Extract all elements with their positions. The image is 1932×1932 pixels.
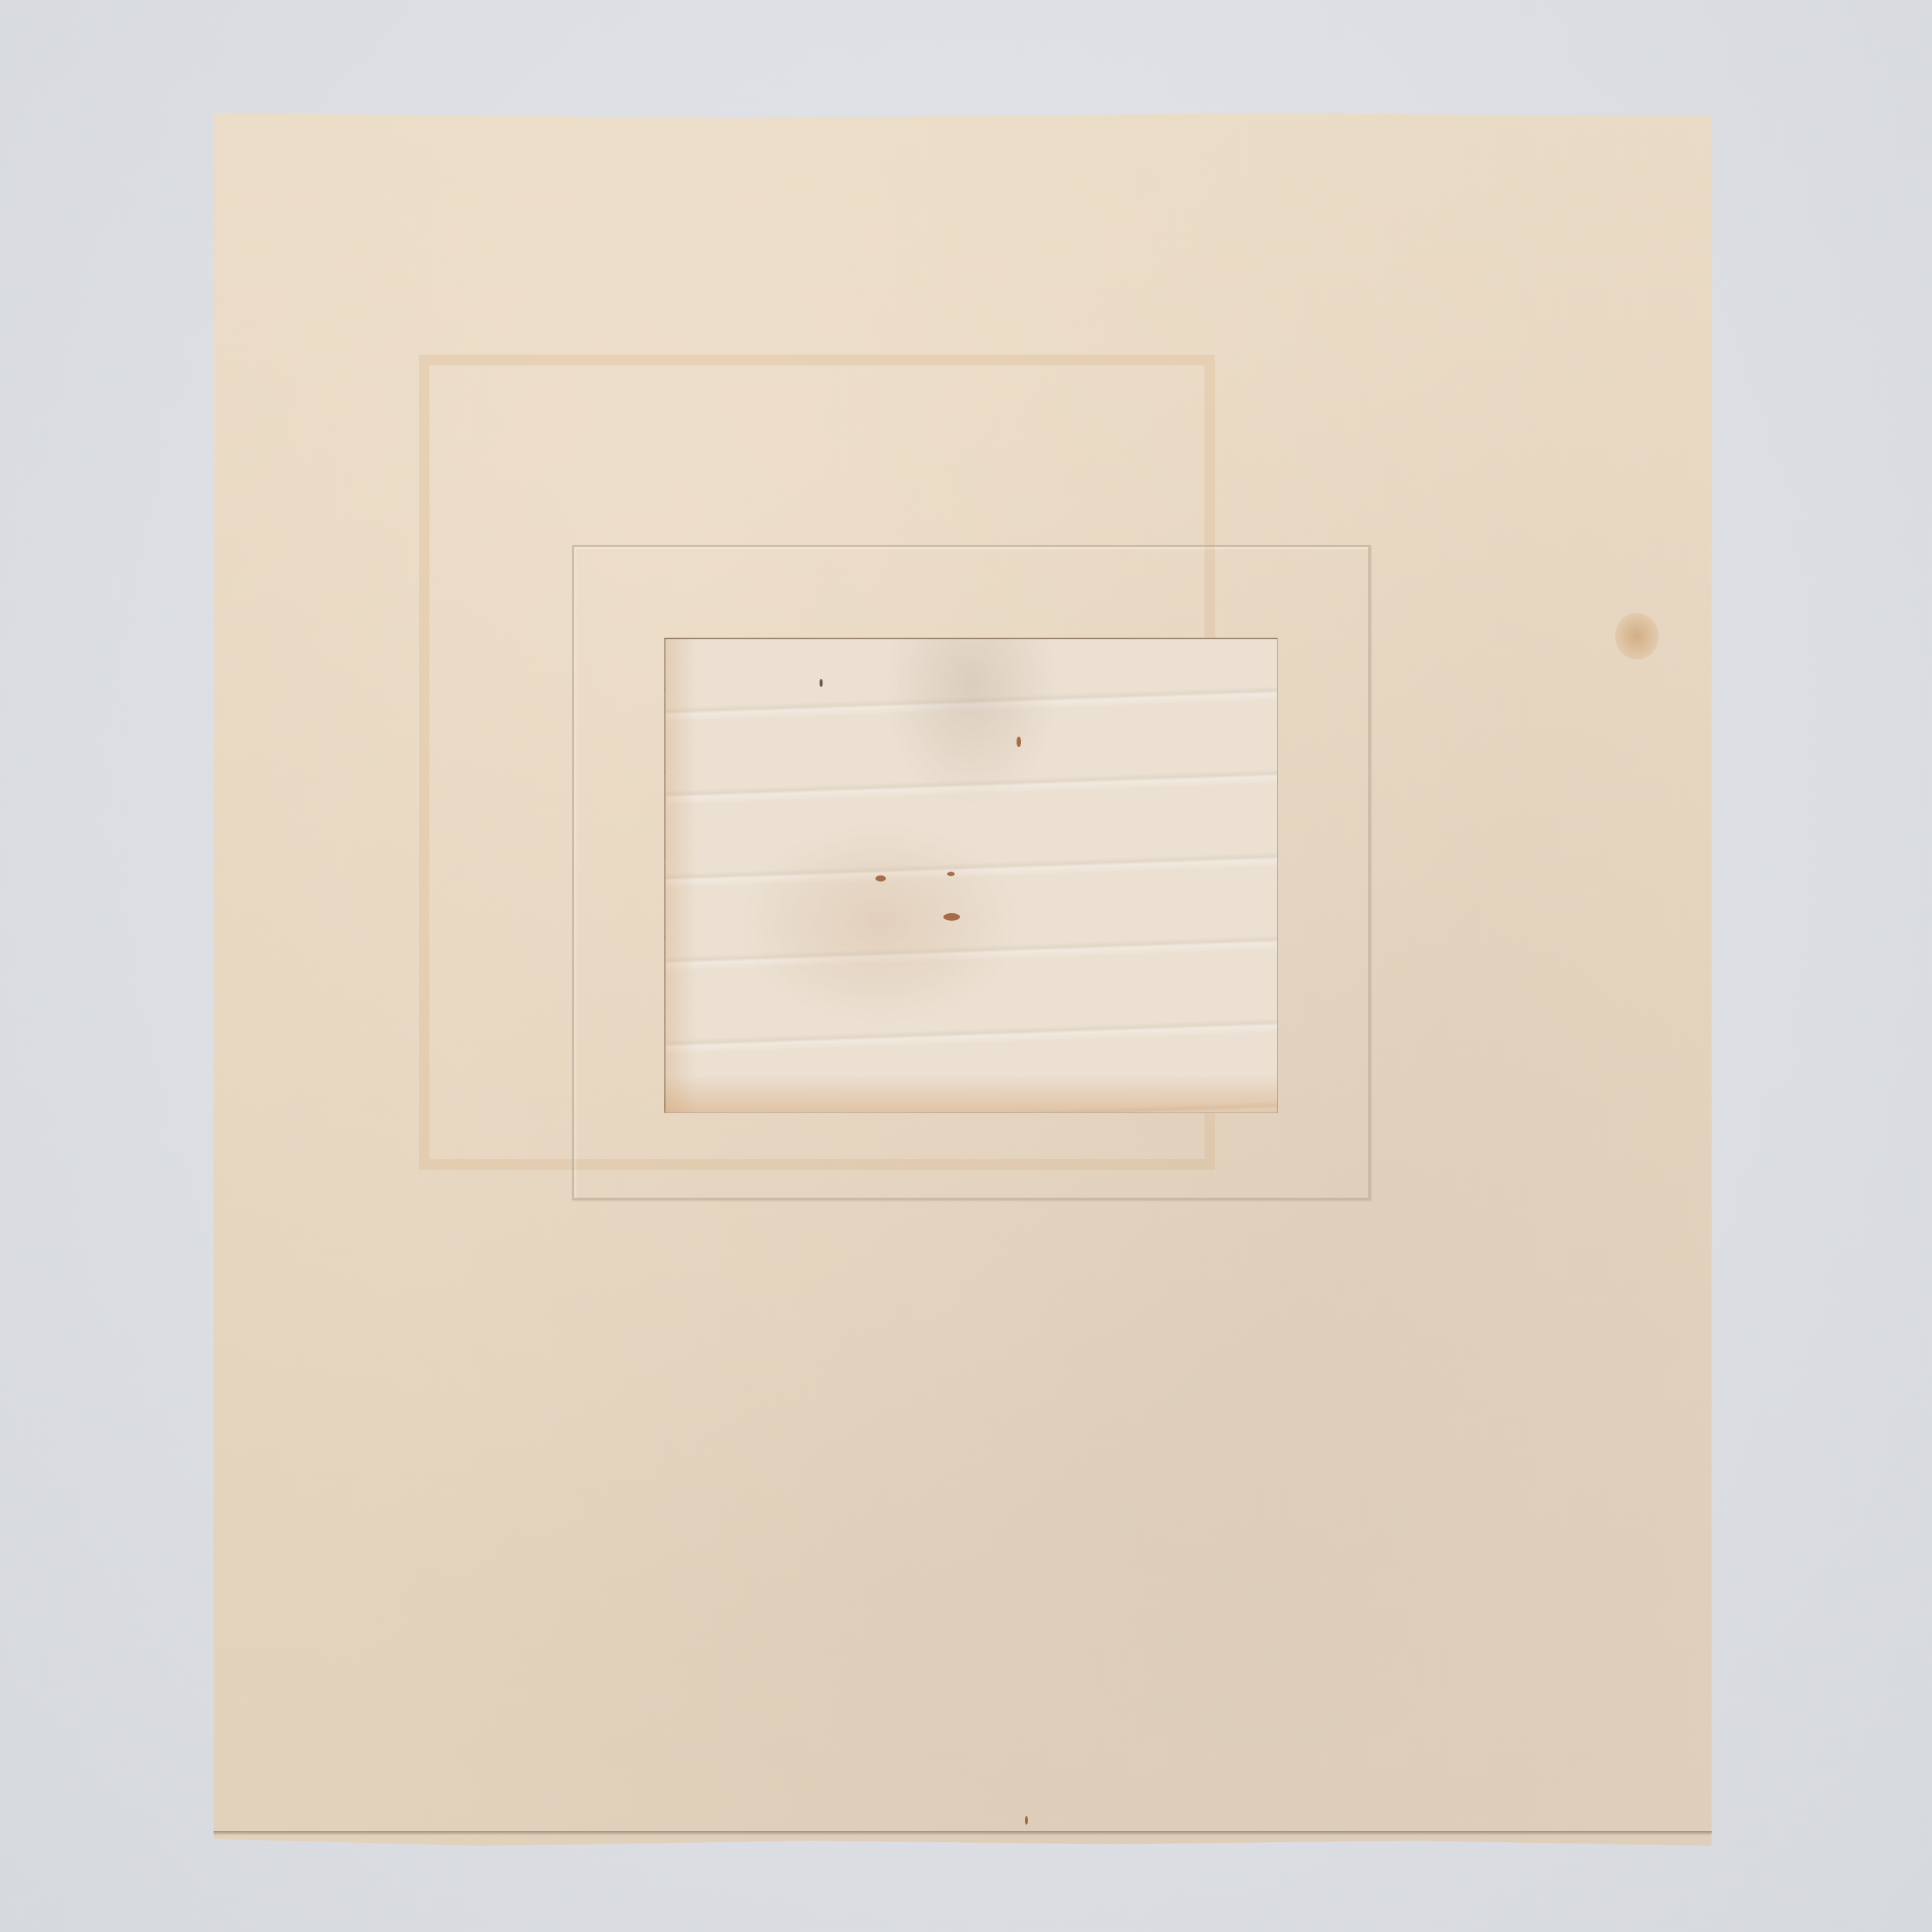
foxing-speck	[1025, 1816, 1028, 1825]
pasted-paper-panel	[664, 638, 1278, 1113]
deckle-edge	[214, 1831, 1712, 1835]
foxing-speck	[875, 875, 886, 881]
foxing-speck	[947, 872, 955, 876]
foxing-stain	[1615, 613, 1659, 660]
foxing-speck	[1017, 737, 1021, 747]
foxing-speck	[820, 679, 823, 687]
foxing-speck	[943, 913, 960, 921]
